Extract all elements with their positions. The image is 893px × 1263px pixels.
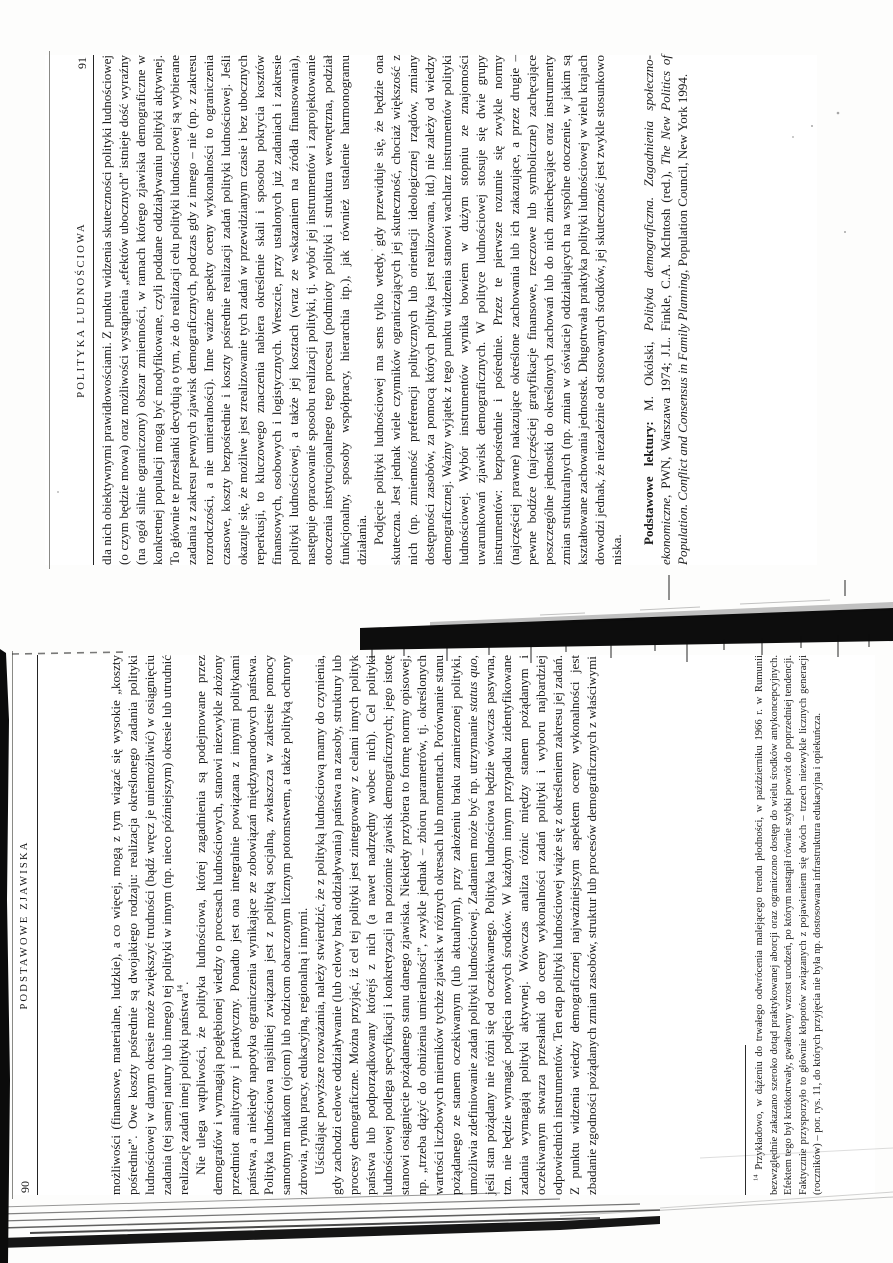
scanned-book-spread: 90 PODSTAWOWE ZJAWISKA możliwości (finan… <box>0 0 893 1263</box>
text-paragraph: 14 Przykładowo, w dążeniu do trwałego od… <box>753 655 826 1195</box>
page-top-edge-shadow <box>49 51 50 569</box>
text-segment: status quo <box>465 658 480 712</box>
text-segment: , PWN, Warszawa 1974; J.L. Finkle, C.A. … <box>658 165 673 498</box>
book-spread-rotated: 90 PODSTAWOWE ZJAWISKA możliwości (finan… <box>0 0 893 1263</box>
text-paragraph: Uściślając powyższe rozważania, należy s… <box>311 655 600 1195</box>
text-paragraph: Podjęcie polityki ludnościowej ma sens t… <box>370 55 625 565</box>
text-paragraph: dla nich obiektywnymi prawidłowościami. … <box>98 55 370 565</box>
footnote-text: 14 Przykładowo, w dążeniu do trwałego od… <box>753 655 826 1195</box>
page-number: 91 <box>75 57 90 69</box>
page-90: 90 PODSTAWOWE ZJAWISKA możliwości (finan… <box>12 655 875 1195</box>
text-segment: M. Okólski, <box>641 331 656 411</box>
page-body-text: dla nich obiektywnymi prawidłowościami. … <box>98 55 691 565</box>
text-paragraph: możliwości (finansowe, materialne, ludzk… <box>107 655 192 1195</box>
text-segment: 14 <box>752 1174 759 1181</box>
text-segment: Przykładowo, w dążeniu do trwałego odwró… <box>754 655 823 1195</box>
text-segment: Nie ulega wątpliwości, że polityka ludno… <box>193 655 310 1195</box>
page-top-edge-shadow <box>12 651 13 1199</box>
text-paragraph: Nie ulega wątpliwości, że polityka ludno… <box>192 655 311 1195</box>
running-head-rule <box>93 55 94 565</box>
text-segment: , jeśli stan pożądany nie różni się od o… <box>465 655 599 1195</box>
page-body-text: możliwości (finansowe, materialne, ludzk… <box>107 655 600 1195</box>
running-head-title: POLITYKA LUDNOŚCIOWA <box>76 55 87 565</box>
running-head-right: POLITYKA LUDNOŚCIOWA 91 <box>76 55 90 565</box>
text-segment: możliwości (finansowe, materialne, ludzk… <box>108 655 191 1195</box>
running-head-rule <box>37 655 38 1195</box>
text-segment: . <box>176 982 191 985</box>
running-head-title: PODSTAWOWE ZJAWISKA <box>19 655 30 1195</box>
text-segment: dla nich obiektywnymi prawidłowościami. … <box>99 55 369 565</box>
text-segment: Podstawowe lektury: <box>641 411 656 545</box>
footnote-rule <box>745 1045 746 1195</box>
text-paragraph: Podstawowe lektury: M. Okólski, Polityka… <box>640 55 691 565</box>
page-91: POLITYKA LUDNOŚCIOWA 91 dla nich obiekty… <box>45 55 817 565</box>
text-segment: 14 <box>176 985 185 993</box>
text-segment: Podjęcie polityki ludnościowej ma sens t… <box>371 55 624 565</box>
text-segment: , Population Council, New York 1994. <box>675 74 690 273</box>
running-head-left: 90 PODSTAWOWE ZJAWISKA <box>19 655 33 1195</box>
text-segment: Uściślając powyższe rozważania, należy s… <box>312 655 480 1195</box>
